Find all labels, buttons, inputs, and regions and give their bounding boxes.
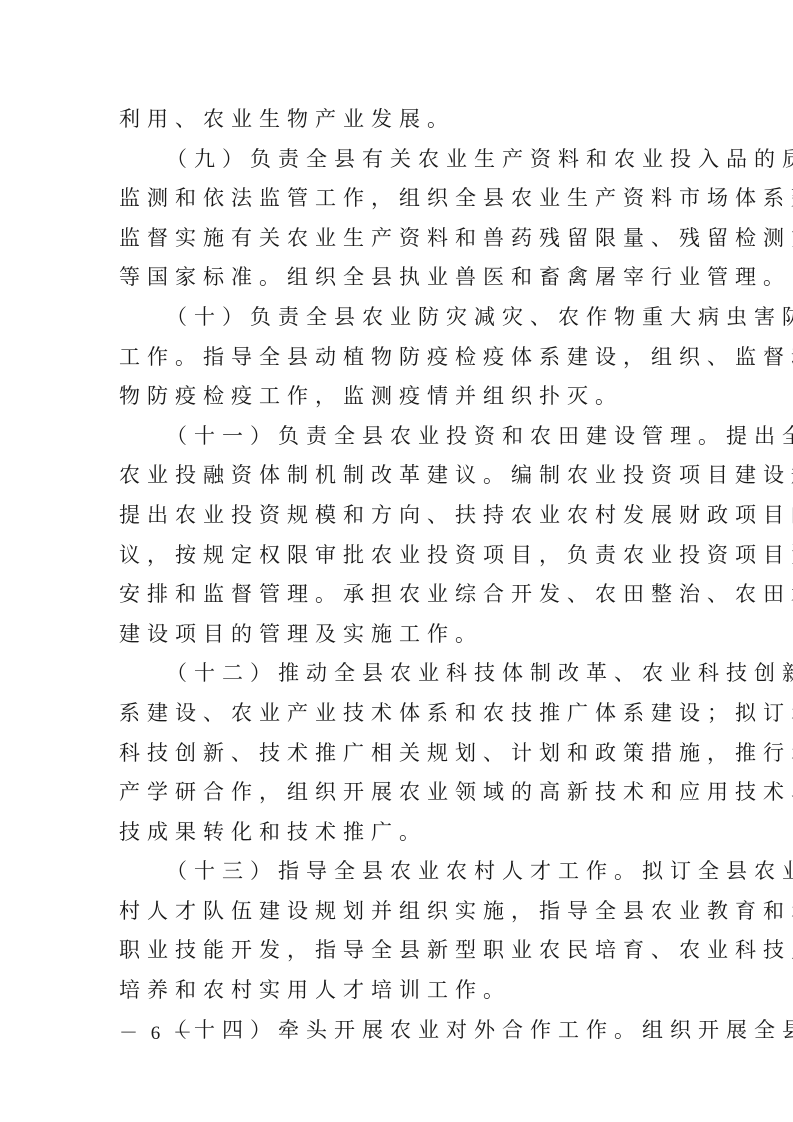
text-line: 监测和依法监管工作，组织全县农业生产资料市场体系建设， — [119, 179, 689, 219]
text-line: （十三）指导全县农业农村人才工作。拟订全县农业农 — [119, 852, 689, 892]
text-line: 安排和监督管理。承担农业综合开发、农田整治、农田水利 — [119, 575, 689, 615]
text-line: 议，按规定权限审批农业投资项目，负责农业投资项目资金 — [119, 536, 689, 576]
text-line: 培养和农村实用人才培训工作。 — [119, 971, 689, 1011]
text-line: （十二）推动全县农业科技体制改革、农业科技创新体 — [119, 654, 689, 694]
text-line: （九）负责全县有关农业生产资料和农业投入品的质量 — [119, 140, 689, 180]
text-line: 技成果转化和技术推广。 — [119, 813, 689, 853]
text-line: （十）负责全县农业防灾减灾、农作物重大病虫害防治 — [119, 298, 689, 338]
text-line: 产学研合作，组织开展农业领域的高新技术和应用技术、科 — [119, 773, 689, 813]
text-line: 提出农业投资规模和方向、扶持农业农村发展财政项目的建 — [119, 496, 689, 536]
text-line: 物防疫检疫工作，监测疫情并组织扑灭。 — [119, 377, 689, 417]
text-line: 工作。指导全县动植物防疫检疫体系建设，组织、监督动植 — [119, 338, 689, 378]
text-line: 等国家标准。组织全县执业兽医和畜禽屠宰行业管理。 — [119, 258, 689, 298]
text-line: 农业投融资体制机制改革建议。编制农业投资项目建设规划， — [119, 456, 689, 496]
text-line: 科技创新、技术推广相关规划、计划和政策措施，推行农业 — [119, 734, 689, 774]
document-body: 利用、农业生物产业发展。 （九）负责全县有关农业生产资料和农业投入品的质量 监测… — [119, 100, 689, 1050]
page-number: － 6 － — [119, 1018, 196, 1045]
document-page: 利用、农业生物产业发展。 （九）负责全县有关农业生产资料和农业投入品的质量 监测… — [0, 0, 793, 1122]
text-line: （十四）牵头开展农业对外合作工作。组织开展全县农 — [119, 1011, 689, 1051]
text-line: 利用、农业生物产业发展。 — [119, 100, 689, 140]
text-line: 系建设、农业产业技术体系和农技推广体系建设；拟订农业 — [119, 694, 689, 734]
text-line: 建设项目的管理及实施工作。 — [119, 615, 689, 655]
text-line: 职业技能开发，指导全县新型职业农民培育、农业科技人才 — [119, 931, 689, 971]
text-line: 村人才队伍建设规划并组织实施，指导全县农业教育和农业 — [119, 892, 689, 932]
text-line: 监督实施有关农业生产资料和兽药残留限量、残留检测方法 — [119, 219, 689, 259]
text-line: （十一）负责全县农业投资和农田建设管理。提出全县 — [119, 417, 689, 457]
